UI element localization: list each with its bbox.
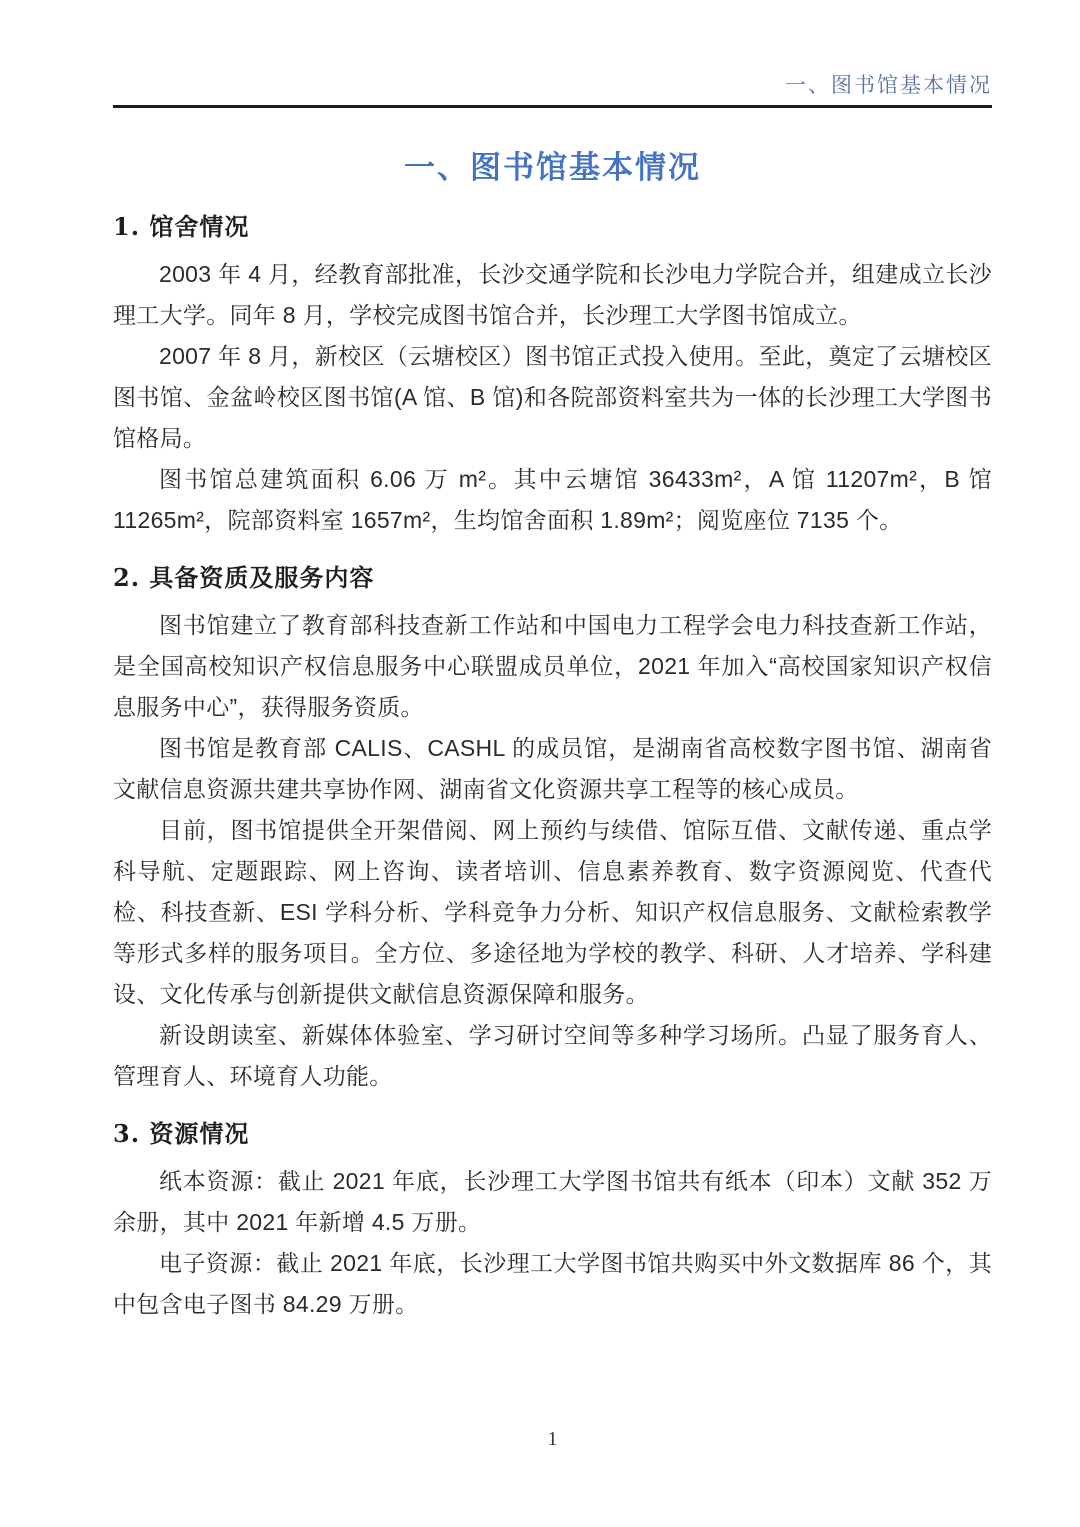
paragraph: 图书馆是教育部 CALIS、CASHL 的成员馆，是湖南省高校数字图书馆、湖南省…: [113, 728, 992, 810]
running-header-text: 一、图书馆基本情况: [113, 72, 992, 98]
page-number: 1: [113, 1428, 992, 1451]
paragraph: 2003 年 4 月，经教育部批准，长沙交通学院和长沙电力学院合并，组建成立长沙…: [113, 254, 992, 336]
paragraph: 图书馆建立了教育部科技查新工作站和中国电力工程学会电力科技查新工作站，是全国高校…: [113, 605, 992, 728]
section-body-3: 纸本资源：截止 2021 年底，长沙理工大学图书馆共有纸本（印本）文献 352 …: [113, 1161, 992, 1325]
section-qualifications-services: 2. 具备资质及服务内容 图书馆建立了教育部科技查新工作站和中国电力工程学会电力…: [113, 563, 992, 1097]
paragraph: 纸本资源：截止 2021 年底，长沙理工大学图书馆共有纸本（印本）文献 352 …: [113, 1161, 992, 1243]
paragraph: 新设朗读室、新媒体体验室、学习研讨空间等多种学习场所。凸显了服务育人、管理育人、…: [113, 1015, 992, 1097]
paragraph: 目前，图书馆提供全开架借阅、网上预约与续借、馆际互借、文献传递、重点学科导航、定…: [113, 810, 992, 1015]
document-page: 一、图书馆基本情况 一、图书馆基本情况 1. 馆舍情况 2003 年 4 月，经…: [0, 0, 1080, 1527]
section-building-facilities: 1. 馆舍情况 2003 年 4 月，经教育部批准，长沙交通学院和长沙电力学院合…: [113, 212, 992, 541]
section-body-2: 图书馆建立了教育部科技查新工作站和中国电力工程学会电力科技查新工作站，是全国高校…: [113, 605, 992, 1097]
section-heading-3: 3. 资源情况: [113, 1119, 992, 1149]
section-heading-2: 2. 具备资质及服务内容: [113, 563, 992, 593]
paragraph: 图书馆总建筑面积 6.06 万 m²。其中云塘馆 36433m²，A 馆 112…: [113, 459, 992, 541]
header-rule: [113, 105, 992, 108]
paragraph: 2007 年 8 月，新校区（云塘校区）图书馆正式投入使用。至此，奠定了云塘校区…: [113, 336, 992, 459]
paragraph: 电子资源：截止 2021 年底，长沙理工大学图书馆共购买中外文数据库 86 个，…: [113, 1243, 992, 1325]
page-header: 一、图书馆基本情况: [113, 72, 992, 108]
section-body-1: 2003 年 4 月，经教育部批准，长沙交通学院和长沙电力学院合并，组建成立长沙…: [113, 254, 992, 541]
document-title: 一、图书馆基本情况: [113, 150, 992, 186]
section-resources: 3. 资源情况 纸本资源：截止 2021 年底，长沙理工大学图书馆共有纸本（印本…: [113, 1119, 992, 1325]
section-heading-1: 1. 馆舍情况: [113, 212, 992, 242]
